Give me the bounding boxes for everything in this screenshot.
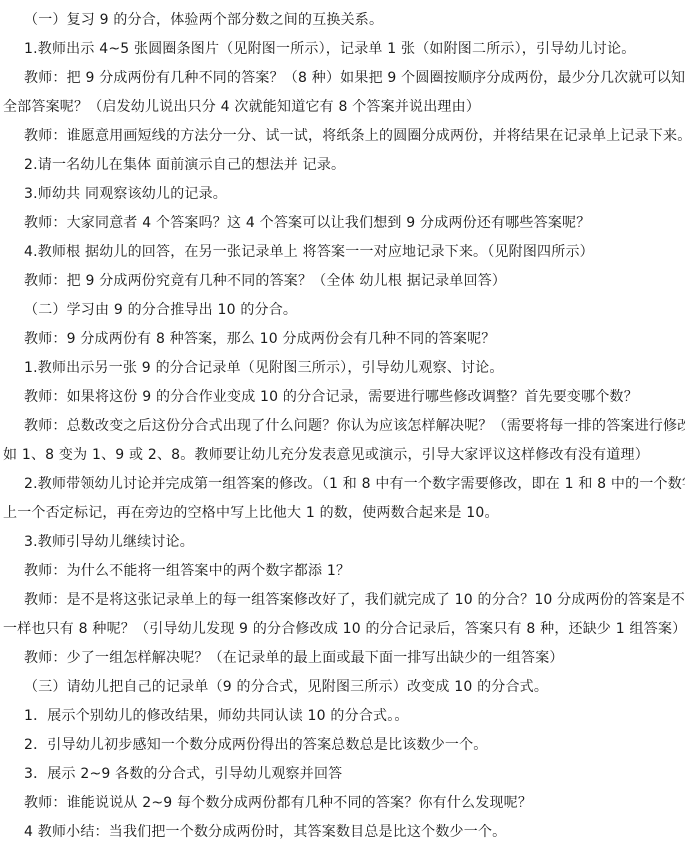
text-line: 如 1、8 变为 1、9 或 2、8。教师要让幼儿充分发表意见或演示，引导大家评… (3, 441, 685, 470)
text-line: 教师：如果将这份 9 的分合作业变成 10 的分合记录，需要进行哪些修改调整？首… (3, 383, 685, 412)
text-line: 4 教师小结：当我们把一个数分成两份时，其答案数目总是比这个数少一个。 (3, 818, 685, 847)
text-line: 教师：少了一组怎样解决呢？（在记录单的最上面或最下面一排写出缺少的一组答案） (3, 644, 685, 673)
text-line: 教师：大家同意者 4 个答案吗？这 4 个答案可以让我们想到 9 分成两份还有哪… (3, 209, 685, 238)
text-line: 2．引导幼儿初步感知一个数分成两份得出的答案总数总是比该数少一个。 (3, 731, 685, 760)
text-line: 教师：为什么不能将一组答案中的两个数字都添 1？ (3, 557, 685, 586)
text-line: 1.教师出示另一张 9 的分合记录单（见附图三所示），引导幼儿观察、讨论。 (3, 354, 685, 383)
text-line: 3.师幼共 同观察该幼儿的记录。 (3, 180, 685, 209)
text-line: （二）学习由 9 的分合推导出 10 的分合。 (3, 296, 685, 325)
text-line: 教师：谁愿意用画短线的方法分一分、试一试，将纸条上的圆圈分成两份，并将结果在记录… (3, 122, 685, 151)
text-line: 教师：总数改变之后这份分合式出现了什么问题？你认为应该怎样解决呢？（需要将每一排… (3, 412, 685, 441)
text-line: 1．展示个别幼儿的修改结果，师幼共同认读 10 的分合式。。 (3, 702, 685, 731)
text-line: 教师：把 9 分成两份究竟有几种不同的答案？（全体 幼儿根 据记录单回答） (3, 267, 685, 296)
text-line: 1.教师出示 4~5 张圆圈条图片（见附图一所示），记录单 1 张（如附图二所示… (3, 35, 685, 64)
text-line: 教师：是不是将这张记录单上的每一组答案修改好了，我们就完成了 10 的分合？10… (3, 586, 685, 615)
text-line: （三）请幼儿把自己的记录单（9 的分合式，见附图三所示）改变成 10 的分合式。 (3, 673, 685, 702)
text-line: 3．展示 2~9 各数的分合式，引导幼儿观察并回答 (3, 760, 685, 789)
text-line: 3.教师引导幼儿继续讨论。 (3, 528, 685, 557)
text-line: 教师：把 9 分成两份有几种不同的答案？（8 种）如果把 9 个圆圈按顺序分成两… (3, 64, 685, 93)
text-line: 一样也只有 8 种呢？（引导幼儿发现 9 的分合修改成 10 的分合记录后，答案… (3, 615, 685, 644)
text-line: 2.请一名幼儿在集体 面前演示自己的想法并 记录。 (3, 151, 685, 180)
text-line: 上一个否定标记，再在旁边的空格中写上比他大 1 的数，使两数合起来是 10。 (3, 499, 685, 528)
text-line: 2.教师带领幼儿讨论并完成第一组答案的修改。（1 和 8 中有一个数字需要修改，… (3, 470, 685, 499)
text-line: 全部答案呢？（启发幼儿说出只分 4 次就能知道它有 8 个答案并说出理由） (3, 93, 685, 122)
text-line: （一）复习 9 的分合，体验两个部分数之间的互换关系。 (3, 6, 685, 35)
lesson-plan-document: （一）复习 9 的分合，体验两个部分数之间的互换关系。 1.教师出示 4~5 张… (0, 0, 689, 847)
text-line: 教师：9 分成两份有 8 种答案，那么 10 分成两份会有几种不同的答案呢？ (3, 325, 685, 354)
text-line: 4.教师根 据幼儿的回答，在另一张记录单上 将答案一一对应地记录下来。（见附图四… (3, 238, 685, 267)
text-line: 教师：谁能说说从 2~9 每个数分成两份都有几种不同的答案？你有什么发现呢？ (3, 789, 685, 818)
